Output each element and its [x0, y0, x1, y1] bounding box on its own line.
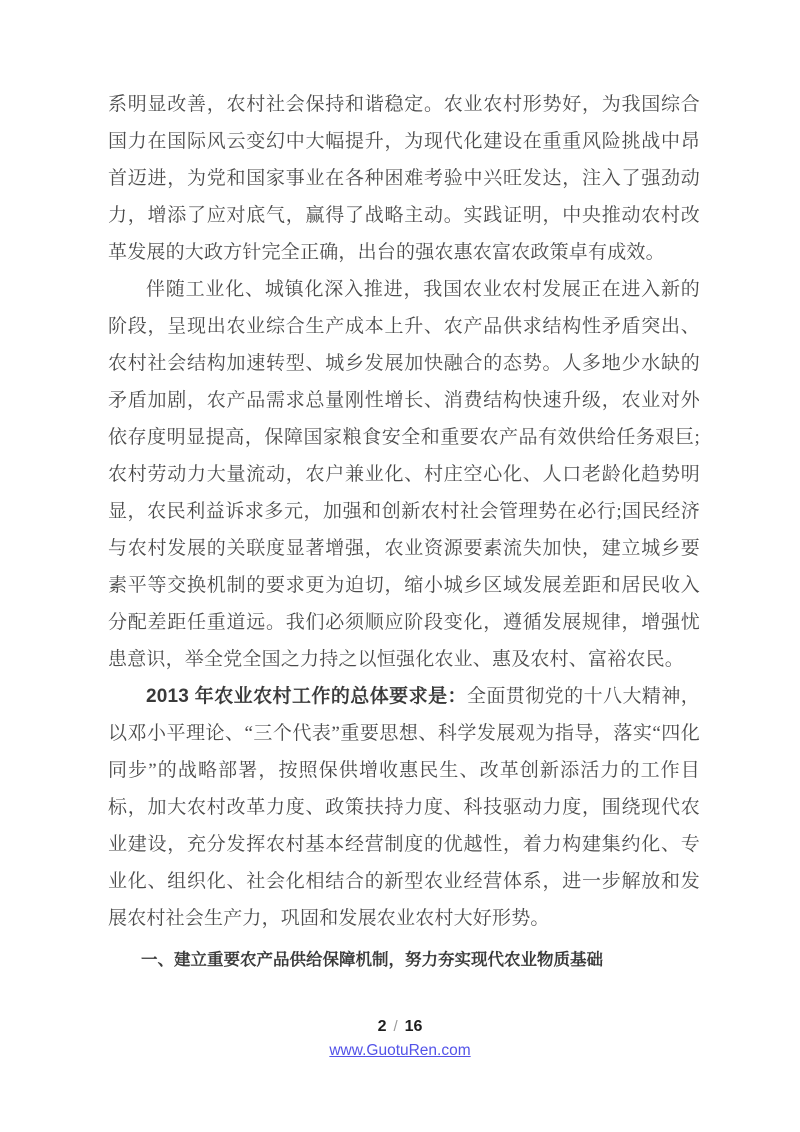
page-footer: 2/16 www.GuotuRen.com — [0, 1016, 800, 1061]
document-content: 系明显改善，农村社会保持和谐稳定。农业农村形势好，为我国综合国力在国际风云变幻中… — [0, 0, 800, 972]
section-heading: 一、建立重要农产品供给保障机制，努力夯实现代农业物质基础 — [108, 948, 700, 972]
page-number: 2/16 — [0, 1016, 800, 1038]
paragraph-bold-lead: 2013 年农业农村工作的总体要求是： — [146, 686, 467, 707]
paragraph-body: 伴随工业化、城镇化深入推进，我国农业农村发展正在进入新的阶段，呈现出农业综合生产… — [108, 271, 700, 678]
paragraph-with-bold-lead: 2013 年农业农村工作的总体要求是：全面贯彻党的十八大精神，以邓小平理论、“三… — [108, 678, 700, 937]
paragraph-continuation: 系明显改善，农村社会保持和谐稳定。农业农村形势好，为我国综合国力在国际风云变幻中… — [108, 86, 700, 271]
page-number-separator: / — [386, 1018, 404, 1035]
website-link[interactable]: www.GuotuRen.com — [329, 1040, 470, 1061]
paragraph-body-text: 全面贯彻党的十八大精神，以邓小平理论、“三个代表”重要思想、科学发展观为指导，落… — [108, 686, 700, 929]
page-number-total: 16 — [405, 1018, 423, 1035]
document-page: 系明显改善，农村社会保持和谐稳定。农业农村形势好，为我国综合国力在国际风云变幻中… — [0, 0, 800, 1132]
